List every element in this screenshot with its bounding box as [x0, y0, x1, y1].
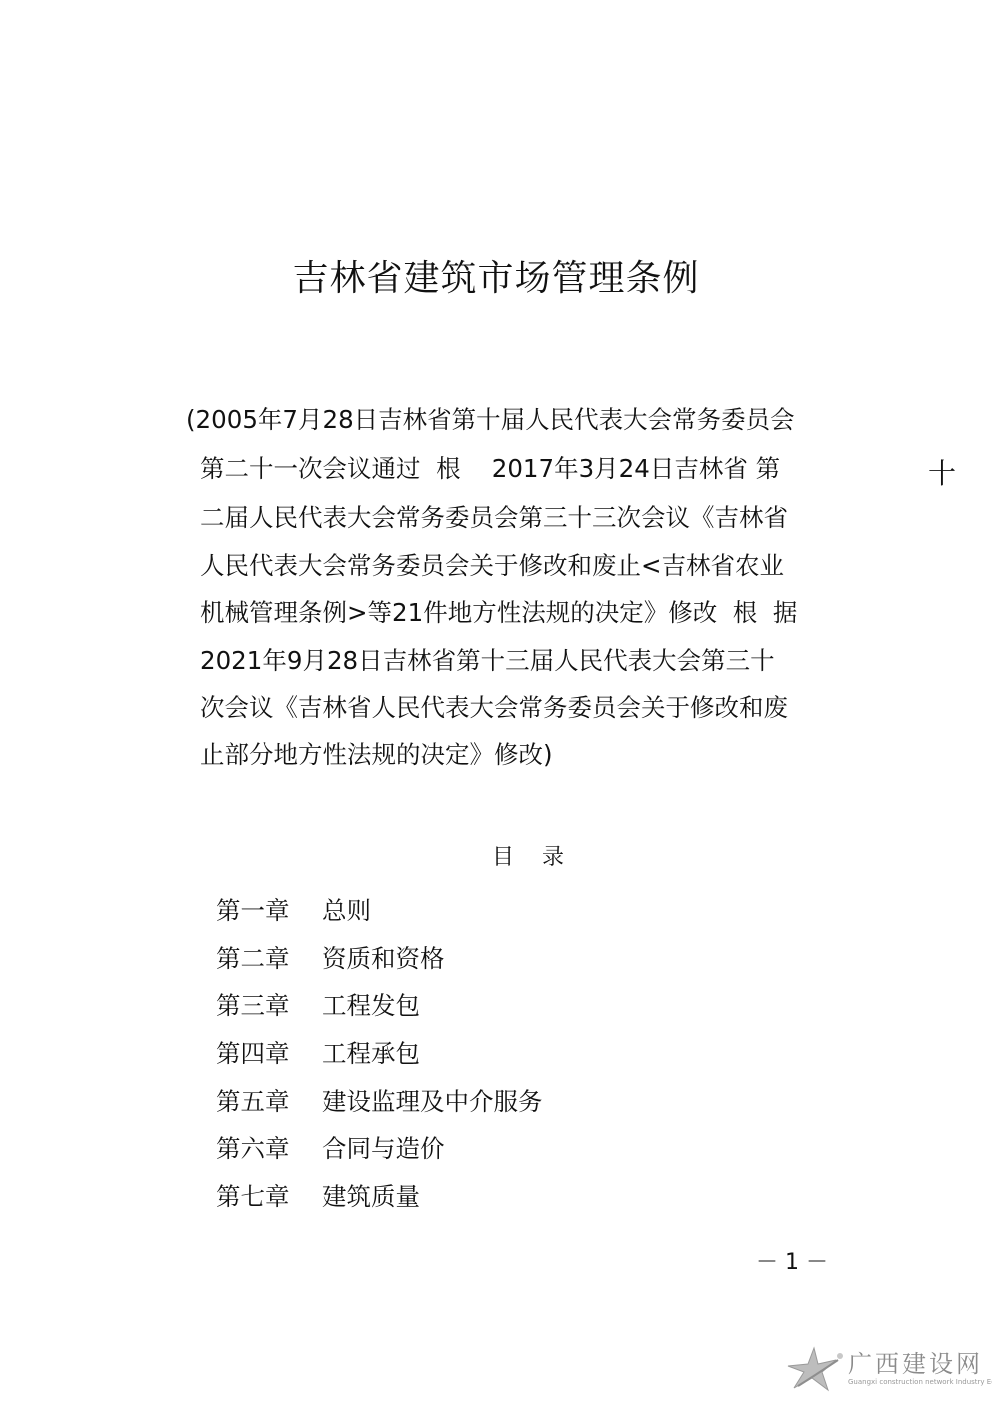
watermark-logo: 广西建设网 Guangxi construction network Indus…	[784, 1344, 988, 1400]
toc-chapter-number: 第一章	[216, 896, 322, 926]
toc-chapter-number: 第三章	[216, 991, 322, 1021]
toc-heading: 目 录	[492, 840, 564, 871]
preamble-line: 止部分地方性法规的决定》修改)	[200, 740, 553, 770]
stray-character: 十	[928, 452, 956, 492]
toc-chapter-number: 第二章	[216, 944, 322, 974]
preamble-line: (2005年7月28日吉林省第十届人民代表大会常务委员会	[186, 405, 795, 435]
toc-item: 第七章建筑质量	[216, 1182, 420, 1212]
toc-chapter-title: 建筑质量	[322, 1182, 420, 1211]
preamble-line: 人民代表大会常务委员会关于修改和废止<吉林省农业	[200, 551, 784, 581]
toc-item: 第三章工程发包	[216, 991, 420, 1021]
toc-chapter-title: 工程承包	[322, 1039, 420, 1068]
toc-chapter-title: 总则	[322, 896, 371, 925]
toc-chapter-number: 第五章	[216, 1087, 322, 1117]
toc-chapter-title: 资质和资格	[322, 944, 445, 973]
toc-item: 第四章工程承包	[216, 1039, 420, 1069]
star-logo-icon	[784, 1346, 844, 1398]
document-title: 吉林省建筑市场管理条例	[0, 255, 992, 303]
preamble-line: 机械管理条例>等21件地方性法规的决定》修改 根 据	[200, 598, 797, 628]
page-number: － 1 －	[756, 1245, 828, 1276]
toc-chapter-number: 第七章	[216, 1182, 322, 1212]
watermark-name: 广西建设网	[848, 1344, 983, 1379]
toc-item: 第一章总则	[216, 896, 371, 926]
toc-item: 第六章合同与造价	[216, 1134, 445, 1164]
preamble-line: 次会议《吉林省人民代表大会常务委员会关于修改和废	[200, 693, 788, 723]
toc-chapter-title: 工程发包	[322, 991, 420, 1020]
toc-item: 第五章建设监理及中介服务	[216, 1087, 543, 1117]
toc-chapter-number: 第六章	[216, 1134, 322, 1164]
toc-chapter-number: 第四章	[216, 1039, 322, 1069]
toc-chapter-title: 建设监理及中介服务	[322, 1087, 543, 1116]
preamble-line: 第二十一次会议通过 根 2017年3月24日吉林省 第	[200, 454, 780, 484]
toc-chapter-title: 合同与造价	[322, 1134, 445, 1163]
preamble-line: 2021年9月28日吉林省第十三届人民代表大会第三十	[200, 646, 775, 676]
watermark-subtitle: Guangxi construction network Industry Ed…	[848, 1378, 992, 1386]
preamble-line: 二届人民代表大会常务委员会第三十三次会议《吉林省	[200, 503, 788, 533]
toc-item: 第二章资质和资格	[216, 944, 445, 974]
